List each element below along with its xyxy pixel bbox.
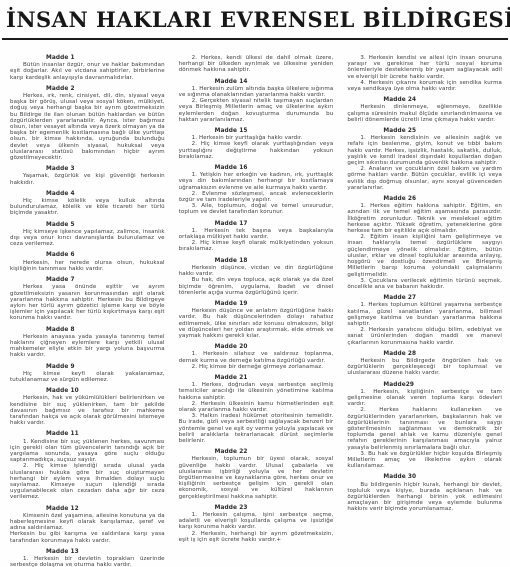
article-heading: Madde 9 — [46, 364, 165, 370]
article-paragraph: 3. Bu hak ve özgürlükler hiçbir koşulda … — [347, 451, 502, 470]
article-paragraph: 2. Herkesin ülkesinin kamu hizmetlerinde… — [179, 401, 334, 413]
article-heading: Madde 13 — [46, 549, 165, 555]
article-heading: Madde 11 — [46, 431, 165, 437]
article-paragraph: 2. Herkesin, herhangi bir ayrım gözetmek… — [179, 531, 334, 543]
article-heading: Madde 19 — [215, 301, 334, 307]
article-heading: Madde 8 — [46, 327, 165, 333]
article-paragraph: 1. Herkes eğitim hakkına sahiptir. Eğiti… — [347, 203, 502, 234]
page-title: İNSAN HAKLARI EVRENSEL BİLDİRGESİ — [6, 7, 504, 33]
article-heading: Madde29 — [383, 382, 502, 388]
text-column-1: Madde 1Bütün insanlar özgür, onur ve hak… — [10, 55, 165, 567]
article-paragraph: Hiç kimseye işkence yapılamaz, zalimce, … — [10, 229, 165, 248]
document-columns: Madde 1Bütün insanlar özgür, onur ve hak… — [0, 40, 510, 567]
article-heading: Madde 22 — [215, 449, 334, 455]
article-paragraph: Herkesin, toplumun bir üyesi olarak, sos… — [179, 456, 334, 499]
article-heading: Madde 3 — [46, 166, 165, 172]
article-paragraph: Bütün insanlar özgür, onur ve haklar bak… — [10, 62, 165, 81]
article-heading: Madde 5 — [46, 222, 165, 228]
article-paragraph: 2. Hiç kimse bir derneğe girmeye zorlana… — [179, 364, 334, 370]
article-paragraph: 2. Hiç kimse işlendiği sırada ulusal yad… — [10, 463, 165, 500]
article-paragraph: 2. Hiç kimse keyfi olarak yurttaşlığında… — [179, 141, 334, 160]
article-paragraph: 3. Çocuklara verilecek eğitimin türünü s… — [347, 278, 502, 290]
article-paragraph: 1. Kendisine bir suç yüklenen herkes, sa… — [10, 439, 165, 464]
article-heading: Madde 23 — [215, 505, 334, 511]
article-heading: Madde 15 — [215, 128, 334, 134]
article-paragraph: 2. Eğitim insan kişiliğini tam geliştirm… — [347, 234, 502, 277]
article-paragraph: Herkesin anayasa yada yasayla tanınmış t… — [10, 334, 165, 359]
article-paragraph: Herkes yasa önünde eşittir ve ayrım göze… — [10, 284, 165, 321]
article-paragraph: Bu hak, din veya topluca, açık olarak ya… — [179, 277, 334, 296]
article-paragraph: Herkesin bu gibi karışma ve saldırılara … — [10, 531, 165, 543]
article-paragraph: Bu bildirgenin hiçbir kuralı, herhangi b… — [347, 482, 502, 513]
text-column-2: 2. Herkes, kendi ülkesi de dahil olmak ü… — [179, 55, 334, 543]
article-heading: Madde 24 — [383, 97, 502, 103]
article-paragraph: 2. Gerçekten siyasal nitelik taşımayan s… — [179, 98, 334, 123]
article-paragraph: Hiç kimse keyfi olarak yakalanamaz, tutu… — [10, 371, 165, 383]
article-paragraph: Herkesin, hak ve yükümlülükleri belirlen… — [10, 395, 165, 426]
article-paragraph: 2. Evlenme sözleşmesi, ancak evlenecekle… — [179, 191, 334, 203]
article-paragraph: 3. Aile, toplumun, doğal ve temel unsuru… — [179, 203, 334, 215]
article-heading: Madde 2 — [46, 86, 165, 92]
article-heading: Madde 26 — [383, 196, 502, 202]
article-paragraph: Herkes, ırk, renk, cinsiyet, dil, din, s… — [10, 93, 165, 161]
article-paragraph: 2. Hiç kimse keyfi olarak mülkiyetinden … — [179, 240, 334, 252]
article-heading: Madde 30 — [383, 474, 502, 480]
article-paragraph: 1. Herkesin bir devletin toprakları üzer… — [10, 556, 165, 567]
article-paragraph: 1. Herkesin tek başına veya başkalarıyla… — [179, 228, 334, 240]
article-paragraph: 1. Herkesin silahsız ve saldırısız topla… — [179, 351, 334, 363]
article-heading: Madde 18 — [215, 258, 334, 264]
article-heading: Madde 25 — [383, 128, 502, 134]
article-heading: Madde 28 — [383, 351, 502, 357]
article-paragraph: Hiç kimse kölelik veya kulluk altında bu… — [10, 198, 165, 217]
article-paragraph: 2. Herkes haklarını kullanırken ve özgür… — [347, 407, 502, 450]
article-paragraph: Herkesin düşünce ve anlatım özgürlüğüne … — [179, 308, 334, 339]
article-heading: Madde 12 — [46, 506, 165, 512]
article-paragraph: 3. Herkesin kendisi ve ailesi için insan… — [347, 55, 502, 80]
article-paragraph: 1. Herkesin zulüm altında başka ülkelere… — [179, 86, 334, 98]
article-paragraph: 2. Anaların ve çocukların özel bakım ve … — [347, 166, 502, 191]
article-paragraph: 1. Yetişkin her erkeğin ve kadının, ırk,… — [179, 172, 334, 191]
article-heading: Madde 17 — [215, 221, 334, 227]
article-paragraph: Herkesin düşünce, vicdan ve din özgürlüğ… — [179, 265, 334, 277]
article-heading: Madde 7 — [46, 277, 165, 283]
article-paragraph: 1. Herkesin, kişiliğinin serbestçe ve ta… — [347, 389, 502, 408]
article-paragraph: 2. Herkesin yaratıcısı olduğu bilim, ede… — [347, 327, 502, 346]
article-paragraph: Herkesin bu Bildirgede öngörülen hak ve … — [347, 358, 502, 377]
article-heading: Madde 6 — [46, 252, 165, 258]
article-paragraph: 1. Herkes, doğrudan veya serbestçe seçil… — [179, 382, 334, 401]
article-heading: Madde 16 — [215, 165, 334, 171]
article-paragraph: Yaşamak, özgürlük ve kişi güvenliği herk… — [10, 173, 165, 185]
article-paragraph: Herkesin, her nerede olursa olsun, hukuk… — [10, 260, 165, 272]
article-heading: Madde 1 — [46, 55, 165, 61]
article-heading: Madde 4 — [46, 191, 165, 197]
article-heading: Madde 27 — [383, 295, 502, 301]
article-heading: Madde 21 — [215, 375, 334, 381]
article-heading: Madde 14 — [215, 79, 334, 85]
article-heading: Madde 10 — [46, 388, 165, 394]
article-paragraph: 4. Herkesin çıkarını korumak için sendik… — [347, 80, 502, 92]
article-paragraph: 1. Herkesin kendisinin ve ailesinin sağl… — [347, 135, 502, 166]
article-paragraph: 1. Herkesin çalışma, işini serbestçe seç… — [179, 512, 334, 531]
article-paragraph: 3. Halkın iradesi hükümet otoritesinin t… — [179, 413, 334, 444]
article-paragraph: Kimsenin özel yaşamına, ailesine konutun… — [10, 513, 165, 532]
article-paragraph: Herkesin dinlenmeye, eğlenmeye, özellikl… — [347, 104, 502, 123]
text-column-3: 3. Herkesin kendisi ve ailesi için insan… — [347, 55, 502, 513]
article-paragraph: 2. Herkes, kendi ülkesi de dahil olmak ü… — [179, 55, 334, 74]
article-heading: Madde 20 — [215, 344, 334, 350]
article-paragraph: 1. Herkes toplumun kültürel yaşamına ser… — [347, 302, 502, 327]
document-page: İNSAN HAKLARI EVRENSEL BİLDİRGESİ Madde … — [0, 0, 510, 567]
